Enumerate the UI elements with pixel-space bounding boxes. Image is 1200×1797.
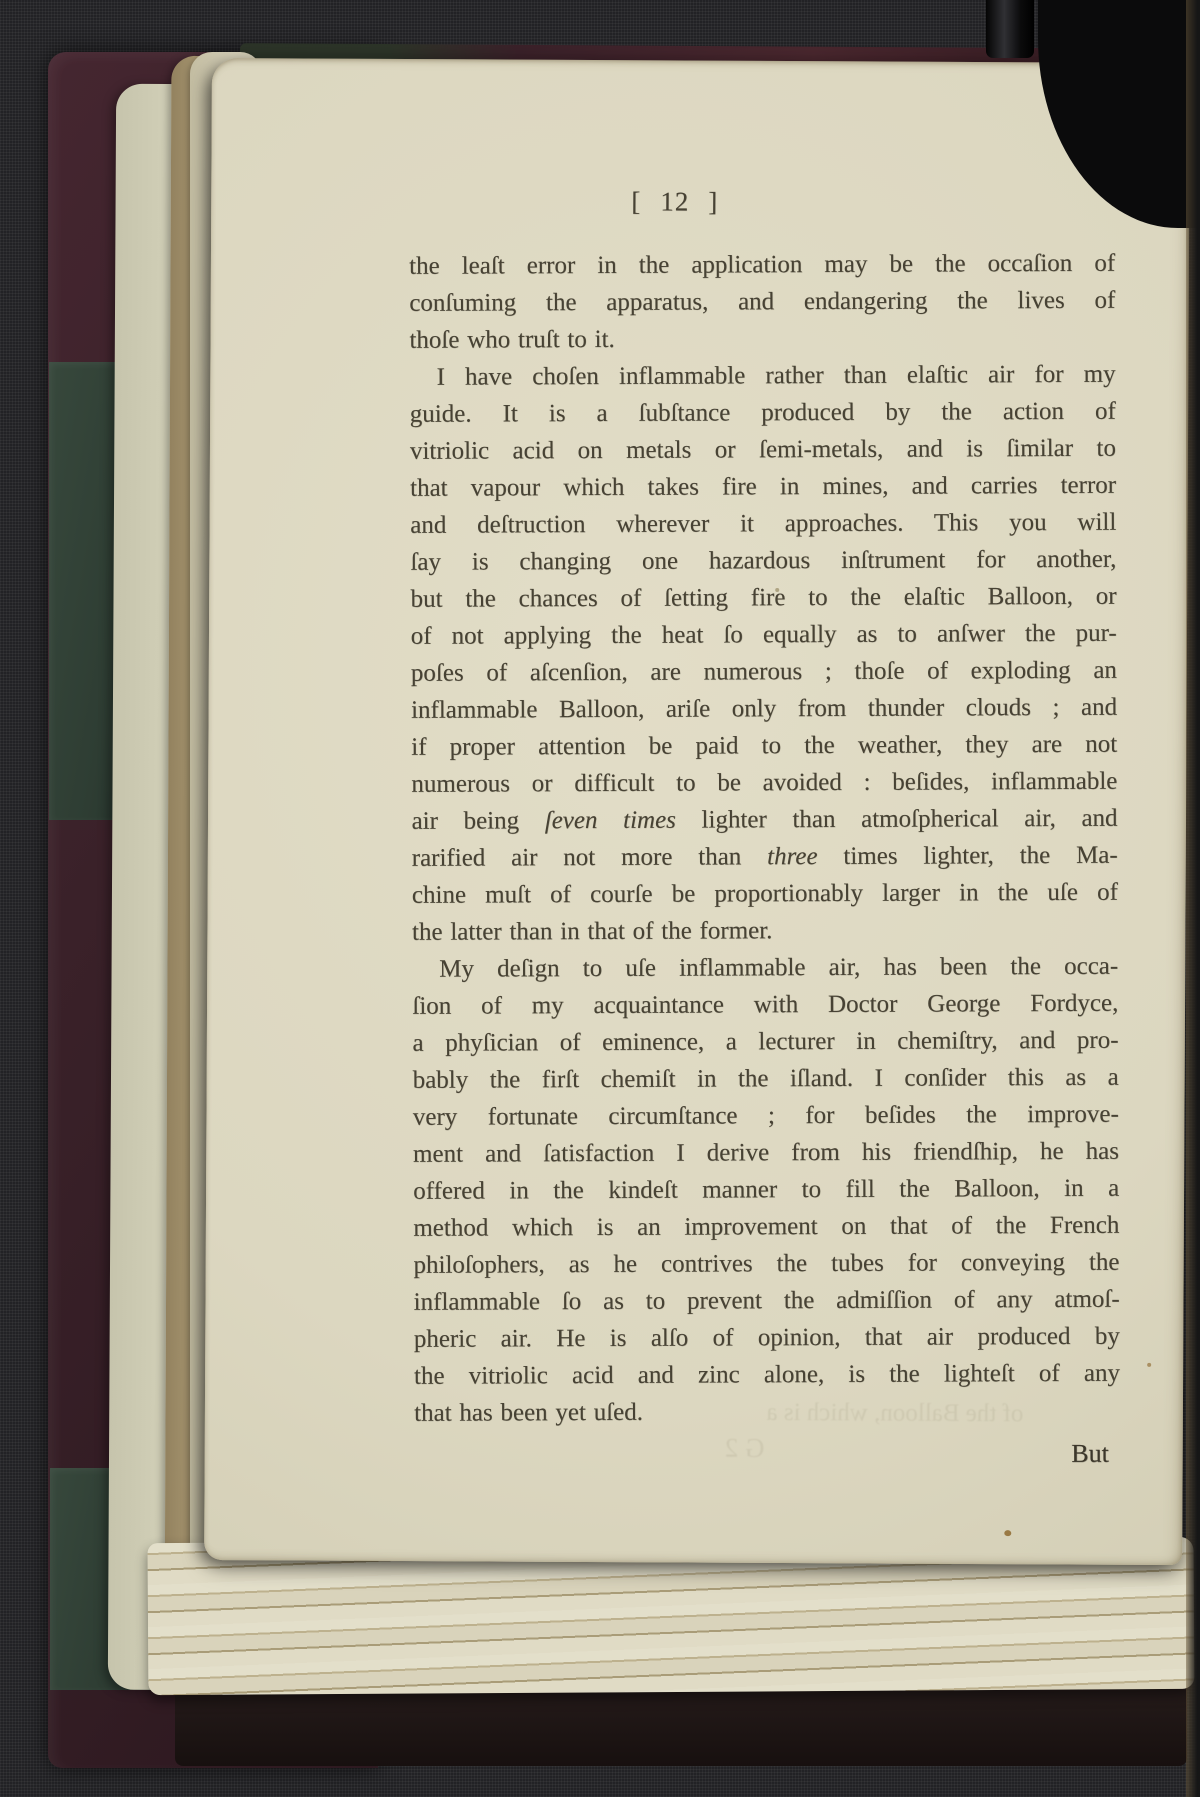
folio-bracket-close: ] bbox=[708, 187, 718, 217]
scanner-clamp-bar bbox=[986, 0, 1034, 58]
text-line: vitriolic acid on metals or ſemi-metals,… bbox=[410, 430, 1116, 470]
text-line: ſion of my acquaintance with Doctor Geor… bbox=[412, 985, 1118, 1025]
text-line: ſay is changing one hazardous inſtrument… bbox=[410, 541, 1116, 581]
text-line: numerous or difficult to be avoided : be… bbox=[411, 763, 1117, 803]
text-line: My deſign to uſe inflammable air, has be… bbox=[412, 948, 1118, 988]
paper-speck bbox=[775, 588, 779, 592]
text-line: I have choſen inflammable rather than el… bbox=[410, 356, 1116, 396]
text-line: that vapour which takes fire in mines, a… bbox=[410, 467, 1116, 507]
text-line: bably the firſt chemiſt in the iſland. I… bbox=[413, 1059, 1119, 1099]
text-line: pheric air. He is alſo of opinion, that … bbox=[414, 1318, 1120, 1358]
text-line: that has been yet uſed. bbox=[414, 1392, 1120, 1432]
text-line: offered in the kindeſt manner to fill th… bbox=[413, 1170, 1119, 1210]
text-line: chine muſt of courſe be proportionably l… bbox=[412, 874, 1118, 914]
text-line: of not applying the heat ſo equally as t… bbox=[411, 615, 1117, 655]
paper-speck bbox=[1004, 1530, 1011, 1536]
text-line: a phyſician of eminence, a lecturer in c… bbox=[412, 1022, 1118, 1062]
text-line: the latter than in that of the former. bbox=[412, 911, 1118, 951]
text-line: method which is an improvement on that o… bbox=[413, 1207, 1119, 1247]
text-line: poſes of aſcenſion, are numerous ; thoſe… bbox=[411, 652, 1117, 692]
catchword: But bbox=[403, 1439, 1109, 1479]
text-line: ment and ſatisfaction I derive from his … bbox=[413, 1133, 1119, 1173]
text-line: guide. It is a ſubſtance produced by the… bbox=[410, 393, 1116, 433]
text-line: and deſtruction wherever it approaches. … bbox=[410, 504, 1116, 544]
text-line: rarified air not more than three times l… bbox=[412, 837, 1118, 877]
book-page: [12] of the Balloon, which is a G 2 the … bbox=[204, 58, 1190, 1565]
text-line: the leaſt error in the application may b… bbox=[409, 245, 1115, 285]
text-line: inflammable Balloon, ariſe only from thu… bbox=[411, 689, 1117, 729]
text-line: but the chances of ſetting fire to the e… bbox=[410, 578, 1116, 618]
folio-bracket-open: [ bbox=[631, 186, 641, 216]
page-header-folio: [12] bbox=[409, 185, 1115, 220]
book-cover-bottom-edge bbox=[175, 1686, 1187, 1766]
scan-background: [12] of the Balloon, which is a G 2 the … bbox=[0, 0, 1200, 1797]
folio-page-number: 12 bbox=[660, 186, 689, 216]
text-line: air being ſeven times lighter than atmoſ… bbox=[411, 800, 1117, 840]
text-line: philoſophers, as he contrives the tubes … bbox=[413, 1244, 1119, 1284]
text-line: the vitriolic acid and zinc alone, is th… bbox=[414, 1355, 1120, 1395]
text-line: if proper attention be paid to the weath… bbox=[411, 726, 1117, 766]
body-text: the leaſt error in the application may b… bbox=[409, 245, 1120, 1432]
book-fore-edge-right bbox=[1186, 0, 1200, 1797]
text-line: thoſe who truſt to it. bbox=[409, 319, 1115, 359]
text-line: very fortunate circumſtance ; for beſide… bbox=[413, 1096, 1119, 1136]
text-line: conſuming the apparatus, and endangering… bbox=[409, 282, 1115, 322]
paper-speck bbox=[1147, 1363, 1151, 1367]
text-line: inflammable ſo as to prevent the admiſſi… bbox=[414, 1281, 1120, 1321]
